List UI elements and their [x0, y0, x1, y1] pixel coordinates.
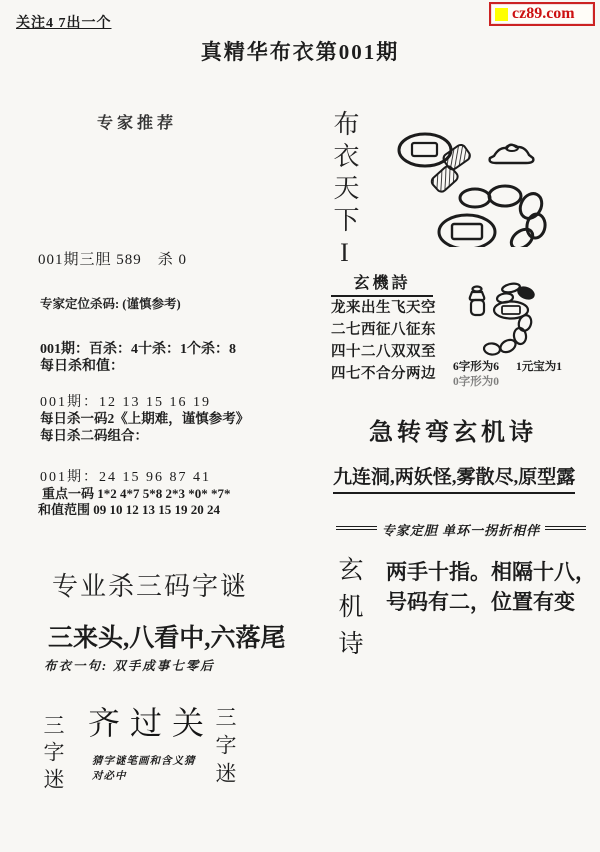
lottery-sheet-page: 关注4 7出一个 cz89.com 真精华布衣第001期 专家推荐 001期三胆… — [0, 0, 600, 852]
three-dan-line: 001期三胆 589 杀 0 — [38, 248, 187, 269]
three-char-riddle-right: 三字迷 — [210, 706, 240, 790]
mystic-poem-box: 玄機詩 龙来出生飞天空 二七西征八征东 四十二八双双至 四七不合分两边 — [331, 270, 433, 385]
coin-snake-doodle-icon — [466, 281, 554, 359]
coin-chain-doodle-icon — [395, 122, 570, 247]
kill-line-sum-label: 每日杀和值： — [40, 355, 124, 375]
mystic-poem-line: 二七西征八征东 — [331, 319, 433, 341]
buyi-tianxia-vertical-title: 布衣天下I — [326, 110, 363, 273]
divider-right-rule — [545, 526, 586, 534]
xuanji-poem-line1: 两手十指。相隔十八， — [386, 556, 596, 586]
pass-note-line2: 对必中 — [92, 768, 127, 783]
page-title: 真精华布衣第001期 — [0, 36, 600, 66]
three-char-riddle-left: 三字迷 — [38, 714, 68, 795]
pass-phrase: 齐过关 — [88, 698, 214, 744]
sum-range-line: 和值范围 09 10 12 13 15 19 20 24 — [38, 499, 220, 518]
expert-dan-divider-text: 专家定胆 单环一拐折相伴 — [382, 520, 540, 539]
pass-note-line1: 猜字谜笔画和含义猜 — [92, 753, 196, 768]
riddle-note: 布衣一句: 双手成事七零后 — [44, 656, 215, 674]
mystic-poem-title: 玄機詩 — [331, 270, 433, 297]
mystic-caption-0: 0字形为0 — [453, 373, 499, 389]
mystic-caption-6: 6字形为6 — [453, 358, 499, 374]
turn-poem-riddle-line: 九连洞,两妖怪,雾散尽,原型露 — [333, 462, 575, 494]
riddle-line: 三来头,八看中,六落尾 — [48, 618, 286, 654]
site-logo[interactable]: cz89.com — [489, 2, 595, 26]
mystic-poem-line: 四七不合分两边 — [331, 363, 433, 385]
logo-bullet-icon — [495, 8, 508, 21]
turn-poem-title: 急转弯玄机诗 — [333, 412, 573, 447]
kill-code-heading: 专家定位杀码: (谨慎参考) — [40, 294, 181, 312]
xuanji-poem-vertical-label: 玄机诗 — [330, 556, 366, 667]
mystic-caption-ingot: 1元宝为1 — [516, 358, 562, 374]
mystic-poem-line: 四十二八双双至 — [331, 341, 433, 363]
mystic-poem-line: 龙来出生飞天空 — [331, 297, 433, 319]
xuanji-poem-line2: 号码有二，位置有变 — [386, 586, 575, 616]
divider-left-rule — [336, 526, 377, 534]
expert-dan-divider: 专家定胆 单环一拐折相伴 — [336, 520, 586, 539]
follow-note: 关注4 7出一个 — [16, 12, 112, 32]
kill-line-two-code-label: 每日杀二码组合： — [40, 424, 148, 444]
logo-text: cz89.com — [512, 5, 575, 23]
riddle-heading: 专业杀三码字谜 — [52, 566, 248, 603]
expert-recommend-heading: 专家推荐 — [97, 110, 177, 133]
